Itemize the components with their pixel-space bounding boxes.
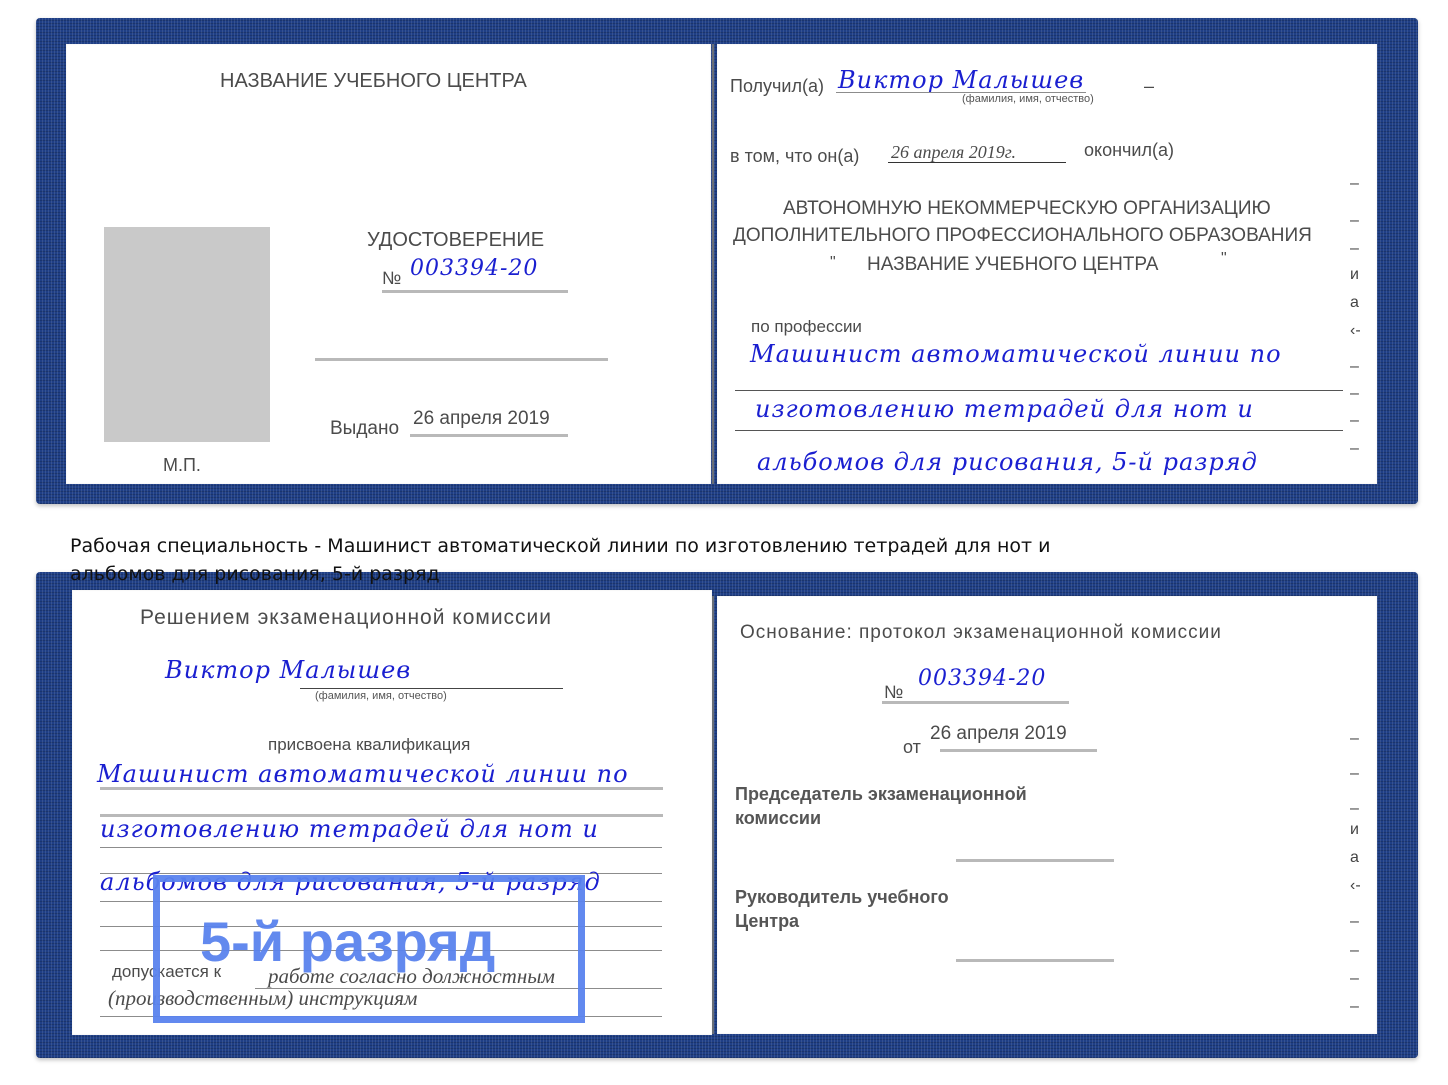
edge-mark: –	[1350, 765, 1359, 783]
protocol-number: 003394-20	[918, 666, 1046, 691]
qualification-rule-1	[100, 787, 663, 790]
edge-mark: –	[1350, 212, 1359, 230]
edge-mark: –	[1350, 175, 1359, 193]
person-name-underline	[300, 688, 563, 689]
qualification-rule-3	[100, 847, 662, 848]
edge-mark: –	[1350, 412, 1359, 430]
edge-mark: –	[1350, 385, 1359, 403]
bottom-spine	[712, 596, 714, 1034]
protocol-number-underline	[882, 701, 1069, 704]
name-hint: (фамилия, имя, отчество)	[962, 93, 1094, 105]
finished-label: окончил(а)	[1084, 140, 1174, 161]
chairman-signature-line	[956, 859, 1114, 862]
received-label: Получил(а)	[730, 76, 824, 97]
protocol-date: 26 апреля 2019	[930, 723, 1067, 745]
edge-mark: а	[1350, 294, 1359, 312]
edge-mark: и	[1350, 821, 1359, 839]
protocol-date-underline	[940, 749, 1097, 752]
number-label: №	[382, 268, 401, 289]
edge-mark: –	[1350, 942, 1359, 960]
qualification-line-2: изготовлению тетрадей для нот и	[100, 815, 599, 843]
chairman-title-line-2: комиссии	[735, 808, 821, 829]
profession-line-2: изготовлению тетрадей для нот и	[755, 395, 1254, 423]
edge-mark: –	[1350, 970, 1359, 988]
head-signature-line	[956, 959, 1114, 962]
profession-rule-1	[735, 390, 1343, 391]
edge-dash: –	[1144, 76, 1154, 97]
protocol-number-label: №	[884, 682, 903, 703]
stamp-place-label: М.П.	[163, 455, 201, 476]
basis-title: Основание: протокол экзаменационной коми…	[740, 622, 1222, 644]
grade-stamp-text: 5-й разряд	[200, 914, 495, 970]
organization-line-1: АВТОНОМНУЮ НЕКОММЕРЧЕСКУЮ ОРГАНИЗАЦИЮ	[783, 198, 1271, 220]
person-name: Виктор Малышев	[165, 656, 411, 684]
document-title: УДОСТОВЕРЕНИЕ	[367, 229, 544, 252]
grade-stamp: 5-й разряд	[153, 875, 585, 1023]
center-name-heading: НАЗВАНИЕ УЧЕБНОГО ЦЕНТРА	[220, 70, 527, 93]
organization-line-3: НАЗВАНИЕ УЧЕБНОГО ЦЕНТРА	[867, 254, 1159, 276]
top-spine	[712, 44, 714, 484]
recipient-name: Виктор Малышев	[838, 66, 1084, 94]
specialty-caption: Рабочая специальность - Машинист автомат…	[70, 532, 1070, 588]
edge-mark: –	[1350, 240, 1359, 258]
in-that-label: в том, что он(а)	[730, 146, 859, 167]
head-title-line-2: Центра	[735, 911, 799, 932]
certificate-number: 003394-20	[410, 256, 538, 281]
completion-date-underline	[888, 162, 1066, 163]
edge-mark: а	[1350, 849, 1359, 867]
from-label: от	[903, 737, 921, 758]
number-underline	[382, 290, 568, 293]
qualification-line-1: Машинист автоматической линии по	[97, 760, 629, 788]
organization-line-2: ДОПОЛНИТЕЛЬНОГО ПРОФЕССИОНАЛЬНОГО ОБРАЗО…	[733, 225, 1312, 247]
edge-mark: –	[1350, 913, 1359, 931]
edge-mark: –	[1350, 358, 1359, 376]
edge-mark: –	[1350, 730, 1359, 748]
edge-mark: ‹-	[1350, 322, 1361, 340]
blank-line	[315, 358, 608, 361]
head-title-line-1: Руководитель учебного	[735, 887, 949, 908]
profession-label: по профессии	[751, 317, 862, 337]
completion-date: 26 апреля 2019г.	[891, 142, 1016, 163]
name-hint: (фамилия, имя, отчество)	[315, 690, 447, 702]
profession-line-3: альбомов для рисования, 5-й разряд	[757, 448, 1258, 476]
profession-rule-2	[735, 430, 1343, 431]
edge-mark: –	[1350, 998, 1359, 1016]
issued-label: Выдано	[330, 418, 399, 440]
issued-date-underline	[410, 434, 568, 437]
qualification-label: присвоена квалификация	[268, 735, 470, 755]
photo-placeholder	[104, 227, 270, 442]
chairman-title-line-1: Председатель экзаменационной	[735, 784, 1027, 805]
edge-mark: –	[1350, 440, 1359, 458]
edge-mark: –	[1350, 800, 1359, 818]
decision-title: Решением экзаменационной комиссии	[140, 606, 552, 630]
organization-close-quote: "	[1221, 250, 1227, 268]
profession-line-1: Машинист автоматической линии по	[750, 340, 1282, 368]
issued-date: 26 апреля 2019	[413, 408, 550, 430]
edge-mark: ‹-	[1350, 877, 1361, 895]
organization-open-quote: "	[830, 254, 836, 272]
edge-mark: и	[1350, 266, 1359, 284]
